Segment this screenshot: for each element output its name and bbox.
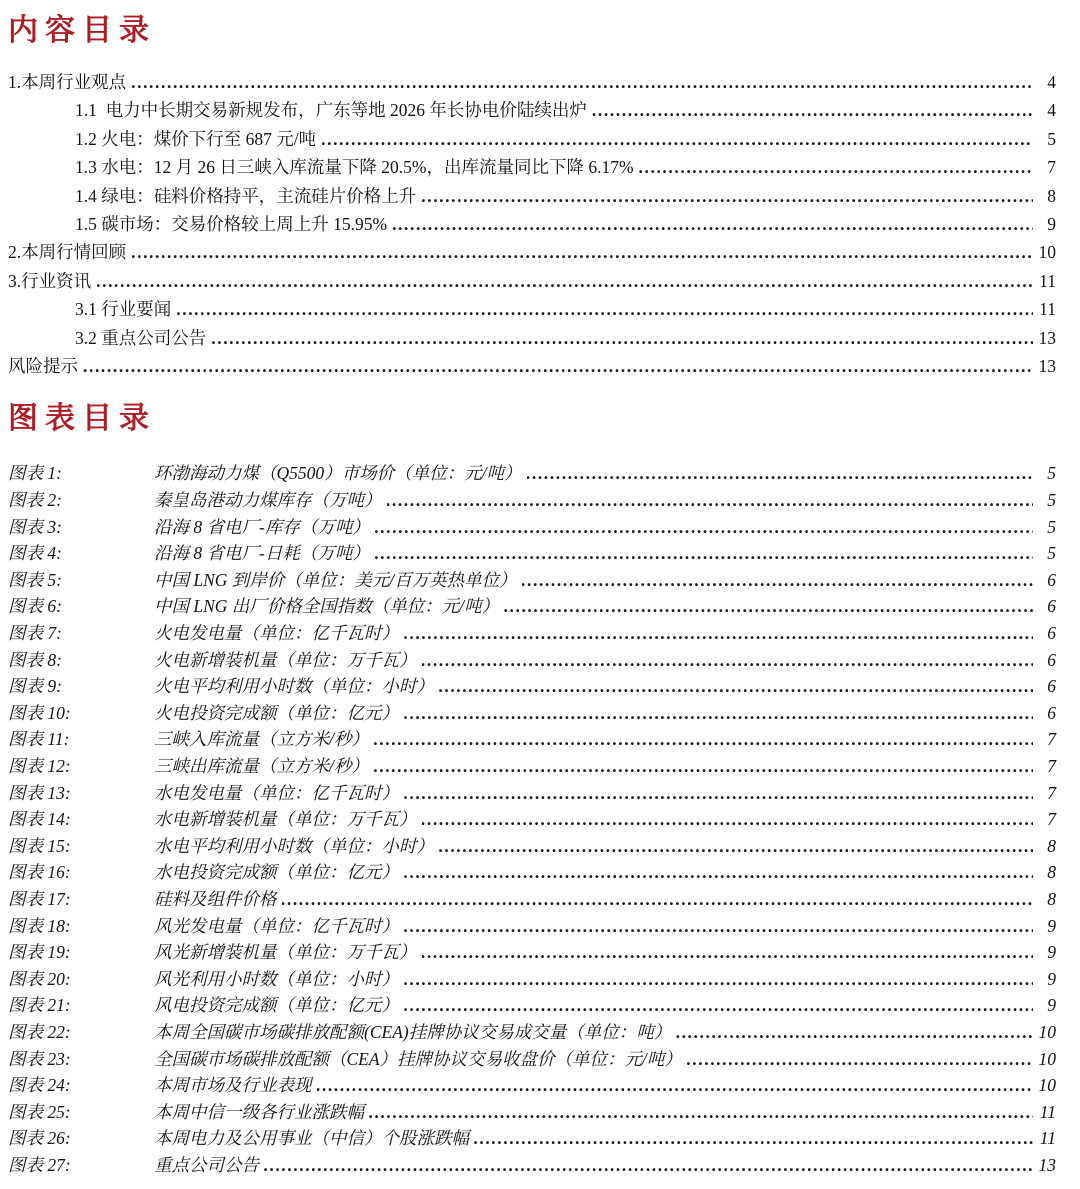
figure-toc-list: 图表 1:环渤海动力煤（Q5500）市场价（单位：元/吨）5图表 2:秦皇岛港动… xyxy=(8,460,1056,1178)
figure-toc-entry-label: 图表 18: xyxy=(8,913,154,940)
figure-toc-entry-text: 风光利用小时数（单位：小时） xyxy=(154,966,399,993)
figure-toc-entry-text: 三峡出库流量（立方米/秒） xyxy=(154,753,369,780)
content-toc-entry[interactable]: 风险提示13 xyxy=(8,352,1056,380)
figure-toc-entry[interactable]: 图表 2:秦皇岛港动力煤库存（万吨）5 xyxy=(8,487,1056,514)
figure-toc-entry-text: 沿海 8 省电厂-库存（万吨） xyxy=(154,514,370,541)
figure-toc-entry-label: 图表 4: xyxy=(8,540,154,567)
figure-toc-entry-label: 图表 19: xyxy=(8,939,154,966)
dotted-leader xyxy=(131,68,1033,96)
figure-toc-entry[interactable]: 图表 24:本周市场及行业表现10 xyxy=(8,1072,1056,1099)
content-toc-entry[interactable]: 1.2 火电：煤价下行至 687 元/吨5 xyxy=(8,125,1056,153)
figure-toc-entry-label: 图表 23: xyxy=(8,1046,154,1073)
page-number: 4 xyxy=(1036,96,1056,124)
content-toc-entry-text: 2.本周行情回顾 xyxy=(8,238,126,266)
figure-toc-entry[interactable]: 图表 25:本周中信一级各行业涨跌幅11 xyxy=(8,1099,1056,1126)
content-toc-entry-text: 1.本周行业观点 xyxy=(8,68,126,96)
dotted-leader xyxy=(522,567,1033,594)
content-toc-entry[interactable]: 1.3 水电：12 月 26 日三峡入库流量下降 20.5%，出库流量同比下降 … xyxy=(8,153,1056,181)
figure-toc-entry-label: 图表 22: xyxy=(8,1019,154,1046)
figure-toc-entry-text: 三峡入库流量（立方米/秒） xyxy=(154,726,369,753)
dotted-leader xyxy=(282,886,1034,913)
dotted-leader xyxy=(422,806,1034,833)
dotted-leader xyxy=(404,780,1033,807)
figure-toc-entry-text: 风光发电量（单位：亿千瓦时） xyxy=(154,913,399,940)
figure-toc-entry[interactable]: 图表 17:硅料及组件价格8 xyxy=(8,886,1056,913)
dotted-leader xyxy=(83,352,1033,380)
figure-toc-entry-text: 水电投资完成额（单位：亿元） xyxy=(154,859,399,886)
dotted-leader xyxy=(404,913,1033,940)
content-toc-entry-text: 3.2 重点公司公告 xyxy=(75,324,206,352)
dotted-leader xyxy=(404,966,1033,993)
figure-toc-entry-text: 重点公司公告 xyxy=(154,1152,259,1179)
figure-toc-entry-text: 中国 LNG 到岸价（单位：美元/百万英热单位） xyxy=(154,567,517,594)
figure-toc-entry-label: 图表 10: xyxy=(8,700,154,727)
figure-toc-entry-text: 环渤海动力煤（Q5500）市场价（单位：元/吨） xyxy=(154,460,522,487)
dotted-leader xyxy=(404,700,1033,727)
dotted-leader xyxy=(474,1125,1033,1152)
content-toc-entry-text: 1.5 碳市场：交易价格较上周上升 15.95% xyxy=(75,210,387,238)
page-number: 5 xyxy=(1036,540,1056,567)
dotted-leader xyxy=(421,182,1033,210)
dotted-leader xyxy=(404,620,1033,647)
figure-toc-entry[interactable]: 图表 23:全国碳市场碳排放配额（CEA）挂牌协议交易收盘价（单位：元/吨）10 xyxy=(8,1046,1056,1073)
dotted-leader xyxy=(404,992,1033,1019)
figure-toc-entry-label: 图表 6: xyxy=(8,593,154,620)
figure-toc-entry-text: 硅料及组件价格 xyxy=(154,886,277,913)
figure-toc-entry[interactable]: 图表 6:中国 LNG 出厂价格全国指数（单位：元/吨）6 xyxy=(8,593,1056,620)
page-number: 10 xyxy=(1036,1072,1056,1099)
dotted-leader xyxy=(387,487,1034,514)
dotted-leader xyxy=(131,238,1033,266)
dotted-leader xyxy=(176,295,1033,323)
dotted-leader xyxy=(422,647,1034,674)
figure-toc-entry-label: 图表 14: xyxy=(8,806,154,833)
dotted-leader xyxy=(527,460,1034,487)
content-toc-entry[interactable]: 3.2 重点公司公告13 xyxy=(8,324,1056,352)
page-number: 6 xyxy=(1036,593,1056,620)
figure-toc-entry-label: 图表 20: xyxy=(8,966,154,993)
dotted-leader xyxy=(422,939,1034,966)
figure-toc-entry[interactable]: 图表 27:重点公司公告13 xyxy=(8,1152,1056,1179)
content-toc-entry-text: 3.1 行业要闻 xyxy=(75,295,171,323)
figure-toc-entry[interactable]: 图表 10:火电投资完成额（单位：亿元）6 xyxy=(8,700,1056,727)
page-number: 10 xyxy=(1036,1019,1056,1046)
figure-toc-entry[interactable]: 图表 14:水电新增装机量（单位：万千瓦）7 xyxy=(8,806,1056,833)
page-number: 5 xyxy=(1036,125,1056,153)
content-toc-entry-text: 1.2 火电：煤价下行至 687 元/吨 xyxy=(75,125,316,153)
content-toc-entry[interactable]: 3.行业资讯11 xyxy=(8,267,1056,295)
page-number: 7 xyxy=(1036,153,1056,181)
page-number: 5 xyxy=(1036,487,1056,514)
figure-toc-entry-label: 图表 26: xyxy=(8,1125,154,1152)
figure-toc-entry[interactable]: 图表 9:火电平均利用小时数（单位：小时）6 xyxy=(8,673,1056,700)
figure-toc-title: 图表目录 xyxy=(8,402,1056,436)
figure-toc-entry[interactable]: 图表 4:沿海 8 省电厂-日耗（万吨）5 xyxy=(8,540,1056,567)
figure-toc-entry[interactable]: 图表 22:本周全国碳市场碳排放配额(CEA)挂牌协议交易成交量（单位：吨）10 xyxy=(8,1019,1056,1046)
figure-toc-entry-label: 图表 15: xyxy=(8,833,154,860)
page-number: 10 xyxy=(1036,1046,1056,1073)
dotted-leader xyxy=(375,540,1033,567)
figure-toc-entry-text: 全国碳市场碳排放配额（CEA）挂牌协议交易收盘价（单位：元/吨） xyxy=(154,1046,682,1073)
page-number: 9 xyxy=(1036,210,1056,238)
page-number: 8 xyxy=(1036,859,1056,886)
figure-toc-entry[interactable]: 图表 11:三峡入库流量（立方米/秒）7 xyxy=(8,726,1056,753)
figure-toc-entry-label: 图表 5: xyxy=(8,567,154,594)
figure-toc-entry-label: 图表 27: xyxy=(8,1152,154,1179)
figure-toc-entry-text: 中国 LNG 出厂价格全国指数（单位：元/吨） xyxy=(154,593,499,620)
figure-toc-entry[interactable]: 图表 13:水电发电量（单位：亿千瓦时）7 xyxy=(8,780,1056,807)
figure-toc-entry[interactable]: 图表 18:风光发电量（单位：亿千瓦时）9 xyxy=(8,913,1056,940)
figure-toc-entry-label: 图表 8: xyxy=(8,647,154,674)
content-toc-list: 1.本周行业观点41.1 电力中长期交易新规发布，广东等地 2026 年长协电价… xyxy=(8,68,1056,380)
page-number: 7 xyxy=(1036,753,1056,780)
figure-toc-entry-label: 图表 21: xyxy=(8,992,154,1019)
page-number: 5 xyxy=(1036,460,1056,487)
figure-toc-entry[interactable]: 图表 21:风电投资完成额（单位：亿元）9 xyxy=(8,992,1056,1019)
page-number: 6 xyxy=(1036,673,1056,700)
page-number: 8 xyxy=(1036,886,1056,913)
page-number: 13 xyxy=(1036,324,1056,352)
figure-toc-entry-text: 本周全国碳市场碳排放配额(CEA)挂牌协议交易成交量（单位：吨） xyxy=(154,1019,671,1046)
figure-toc-entry-label: 图表 16: xyxy=(8,859,154,886)
content-toc-entry[interactable]: 1.1 电力中长期交易新规发布，广东等地 2026 年长协电价陆续出炉4 xyxy=(8,96,1056,124)
content-toc-entry[interactable]: 1.5 碳市场：交易价格较上周上升 15.95%9 xyxy=(8,210,1056,238)
figure-toc-entry[interactable]: 图表 3:沿海 8 省电厂-库存（万吨）5 xyxy=(8,514,1056,541)
figure-toc-entry-text: 火电发电量（单位：亿千瓦时） xyxy=(154,620,399,647)
page-number: 11 xyxy=(1036,295,1056,323)
content-toc-entry-text: 风险提示 xyxy=(8,352,78,380)
dotted-leader xyxy=(374,726,1033,753)
page-number: 11 xyxy=(1036,1099,1056,1126)
content-toc-entry-text: 1.3 水电：12 月 26 日三峡入库流量下降 20.5%，出库流量同比下降 … xyxy=(75,153,634,181)
figure-toc-entry-label: 图表 13: xyxy=(8,780,154,807)
dotted-leader xyxy=(374,753,1033,780)
figure-toc-entry-text: 火电平均利用小时数（单位：小时） xyxy=(154,673,434,700)
document-page: 内容目录 1.本周行业观点41.1 电力中长期交易新规发布，广东等地 2026 … xyxy=(0,0,1080,1179)
dotted-leader xyxy=(317,1072,1034,1099)
dotted-leader xyxy=(321,125,1033,153)
content-toc-title: 内容目录 xyxy=(8,14,1056,48)
figure-toc-entry-label: 图表 9: xyxy=(8,673,154,700)
page-number: 13 xyxy=(1036,352,1056,380)
figure-toc-entry-text: 本周中信一级各行业涨跌幅 xyxy=(154,1099,364,1126)
figure-toc-entry-label: 图表 3: xyxy=(8,514,154,541)
dotted-leader xyxy=(211,324,1033,352)
figure-toc-entry-text: 风光新增装机量（单位：万千瓦） xyxy=(154,939,417,966)
figure-toc-entry-text: 风电投资完成额（单位：亿元） xyxy=(154,992,399,1019)
figure-toc-entry-text: 沿海 8 省电厂-日耗（万吨） xyxy=(154,540,370,567)
page-number: 9 xyxy=(1036,992,1056,1019)
dotted-leader xyxy=(404,859,1033,886)
figure-toc-entry[interactable]: 图表 7:火电发电量（单位：亿千瓦时）6 xyxy=(8,620,1056,647)
content-toc-entry[interactable]: 2.本周行情回顾10 xyxy=(8,238,1056,266)
page-number: 8 xyxy=(1036,833,1056,860)
dotted-leader xyxy=(96,267,1033,295)
figure-toc-entry-label: 图表 25: xyxy=(8,1099,154,1126)
dotted-leader xyxy=(264,1152,1033,1179)
page-number: 7 xyxy=(1036,726,1056,753)
page-number: 9 xyxy=(1036,966,1056,993)
content-toc-entry-text: 3.行业资讯 xyxy=(8,267,91,295)
page-number: 11 xyxy=(1036,1125,1056,1152)
content-toc-entry-text: 1.1 电力中长期交易新规发布，广东等地 2026 年长协电价陆续出炉 xyxy=(75,96,587,124)
figure-toc-entry[interactable]: 图表 8:火电新增装机量（单位：万千瓦）6 xyxy=(8,647,1056,674)
dotted-leader xyxy=(375,514,1033,541)
dotted-leader xyxy=(369,1099,1033,1126)
dotted-leader xyxy=(392,210,1033,238)
page-number: 7 xyxy=(1036,806,1056,833)
content-toc-entry[interactable]: 3.1 行业要闻11 xyxy=(8,295,1056,323)
figure-toc-entry-text: 火电投资完成额（单位：亿元） xyxy=(154,700,399,727)
figure-toc-entry[interactable]: 图表 19:风光新增装机量（单位：万千瓦）9 xyxy=(8,939,1056,966)
figure-toc-entry-text: 本周电力及公用事业（中信）个股涨跌幅 xyxy=(154,1125,469,1152)
figure-toc-entry-text: 水电新增装机量（单位：万千瓦） xyxy=(154,806,417,833)
dotted-leader xyxy=(687,1046,1033,1073)
page-number: 10 xyxy=(1036,238,1056,266)
figure-toc-entry-text: 水电发电量（单位：亿千瓦时） xyxy=(154,780,399,807)
figure-toc-entry[interactable]: 图表 26:本周电力及公用事业（中信）个股涨跌幅11 xyxy=(8,1125,1056,1152)
dotted-leader xyxy=(592,96,1033,124)
figure-toc-entry-label: 图表 7: xyxy=(8,620,154,647)
figure-toc-entry-label: 图表 2: xyxy=(8,487,154,514)
figure-toc-entry[interactable]: 图表 15:水电平均利用小时数（单位：小时）8 xyxy=(8,833,1056,860)
figure-toc-entry-text: 本周市场及行业表现 xyxy=(154,1072,312,1099)
figure-toc-entry[interactable]: 图表 16:水电投资完成额（单位：亿元）8 xyxy=(8,859,1056,886)
figure-toc-entry[interactable]: 图表 1:环渤海动力煤（Q5500）市场价（单位：元/吨）5 xyxy=(8,460,1056,487)
figure-toc-entry[interactable]: 图表 12:三峡出库流量（立方米/秒）7 xyxy=(8,753,1056,780)
page-number: 6 xyxy=(1036,620,1056,647)
page-number: 13 xyxy=(1036,1152,1056,1179)
dotted-leader xyxy=(439,833,1033,860)
page-number: 6 xyxy=(1036,567,1056,594)
content-toc-entry[interactable]: 1.4 绿电：硅料价格持平，主流硅片价格上升8 xyxy=(8,182,1056,210)
figure-toc-entry-label: 图表 11: xyxy=(8,726,154,753)
dotted-leader xyxy=(439,673,1033,700)
page-number: 6 xyxy=(1036,647,1056,674)
page-number: 8 xyxy=(1036,182,1056,210)
dotted-leader xyxy=(676,1019,1033,1046)
figure-toc-entry-label: 图表 24: xyxy=(8,1072,154,1099)
dotted-leader xyxy=(639,153,1033,181)
page-number: 6 xyxy=(1036,700,1056,727)
dotted-leader xyxy=(504,593,1033,620)
figure-toc-entry[interactable]: 图表 20:风光利用小时数（单位：小时）9 xyxy=(8,966,1056,993)
page-number: 5 xyxy=(1036,514,1056,541)
content-toc-entry[interactable]: 1.本周行业观点4 xyxy=(8,68,1056,96)
page-number: 7 xyxy=(1036,780,1056,807)
figure-toc-entry-text: 秦皇岛港动力煤库存（万吨） xyxy=(154,487,382,514)
figure-toc-entry-label: 图表 1: xyxy=(8,460,154,487)
figure-toc-entry-label: 图表 17: xyxy=(8,886,154,913)
page-number: 4 xyxy=(1036,68,1056,96)
figure-toc-entry-label: 图表 12: xyxy=(8,753,154,780)
figure-toc-entry[interactable]: 图表 5:中国 LNG 到岸价（单位：美元/百万英热单位）6 xyxy=(8,567,1056,594)
page-number: 9 xyxy=(1036,939,1056,966)
page-number: 11 xyxy=(1036,267,1056,295)
figure-toc-entry-text: 火电新增装机量（单位：万千瓦） xyxy=(154,647,417,674)
page-number: 9 xyxy=(1036,913,1056,940)
content-toc-entry-text: 1.4 绿电：硅料价格持平，主流硅片价格上升 xyxy=(75,182,416,210)
figure-toc-entry-text: 水电平均利用小时数（单位：小时） xyxy=(154,833,434,860)
